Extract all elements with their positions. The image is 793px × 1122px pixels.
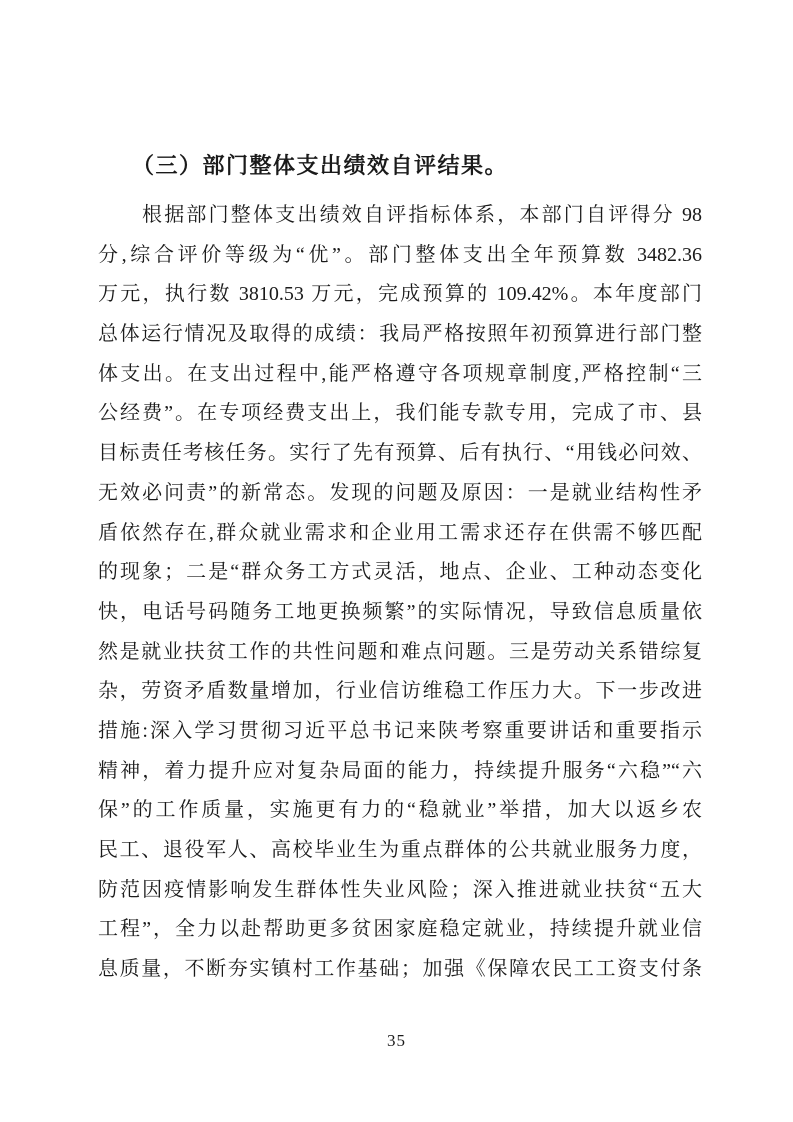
paragraph-line: 目标责任考核任务。实行了先有预算、后有执行、“用钱必问效、 — [98, 434, 702, 474]
paragraph-line: 的现象；二是“群众务工方式灵活，地点、企业、工种动态变化 — [98, 553, 702, 593]
paragraph-line: 分,综合评价等级为“优”。部门整体支出全年预算数 3482.36 — [98, 236, 702, 276]
paragraph: 根据部门整体支出绩效自评指标体系，本部门自评得分 98 分,综合评价等级为“优”… — [98, 196, 702, 990]
section-heading: （三）部门整体支出绩效自评结果。 — [98, 151, 702, 181]
paragraph-line: 总体运行情况及取得的成绩：我局严格按照年初预算进行部门整 — [98, 315, 702, 355]
document-page: （三）部门整体支出绩效自评结果。 根据部门整体支出绩效自评指标体系，本部门自评得… — [0, 0, 793, 1122]
paragraph-line: 息质量，不断夯实镇村工作基础；加强《保障农民工工资支付条 — [98, 950, 702, 990]
paragraph-line: 工程”，全力以赴帮助更多贫困家庭稳定就业，持续提升就业信 — [98, 910, 702, 950]
paragraph-line: 精神，着力提升应对复杂局面的能力，持续提升服务“六稳”“六 — [98, 752, 702, 792]
paragraph-line: 民工、退役军人、高校毕业生为重点群体的公共就业服务力度， — [98, 831, 702, 871]
paragraph-line: 公经费”。在专项经费支出上，我们能专款专用，完成了市、县 — [98, 394, 702, 434]
page-number: 35 — [0, 1031, 793, 1051]
paragraph-line: 措施:深入学习贯彻习近平总书记来陕考察重要讲话和重要指示 — [98, 712, 702, 752]
paragraph-line: 然是就业扶贫工作的共性问题和难点问题。三是劳动关系错综复 — [98, 633, 702, 673]
paragraph-line: 体支出。在支出过程中,能严格遵守各项规章制度,严格控制“三 — [98, 355, 702, 395]
paragraph-line: 保”的工作质量，实施更有力的“稳就业”举措，加大以返乡农 — [98, 791, 702, 831]
paragraph-line: 快，电话号码随务工地更换频繁”的实际情况，导致信息质量依 — [98, 593, 702, 633]
paragraph-line: 盾依然存在,群众就业需求和企业用工需求还存在供需不够匹配 — [98, 514, 702, 554]
paragraph-line: 防范因疫情影响发生群体性失业风险；深入推进就业扶贫“五大 — [98, 871, 702, 911]
paragraph-line: 无效必问责”的新常态。发现的问题及原因：一是就业结构性矛 — [98, 474, 702, 514]
paragraph-line: 根据部门整体支出绩效自评指标体系，本部门自评得分 98 — [98, 196, 702, 236]
paragraph-line: 杂，劳资矛盾数量增加，行业信访维稳工作压力大。下一步改进 — [98, 672, 702, 712]
paragraph-line: 万元，执行数 3810.53 万元，完成预算的 109.42%。本年度部门 — [98, 275, 702, 315]
